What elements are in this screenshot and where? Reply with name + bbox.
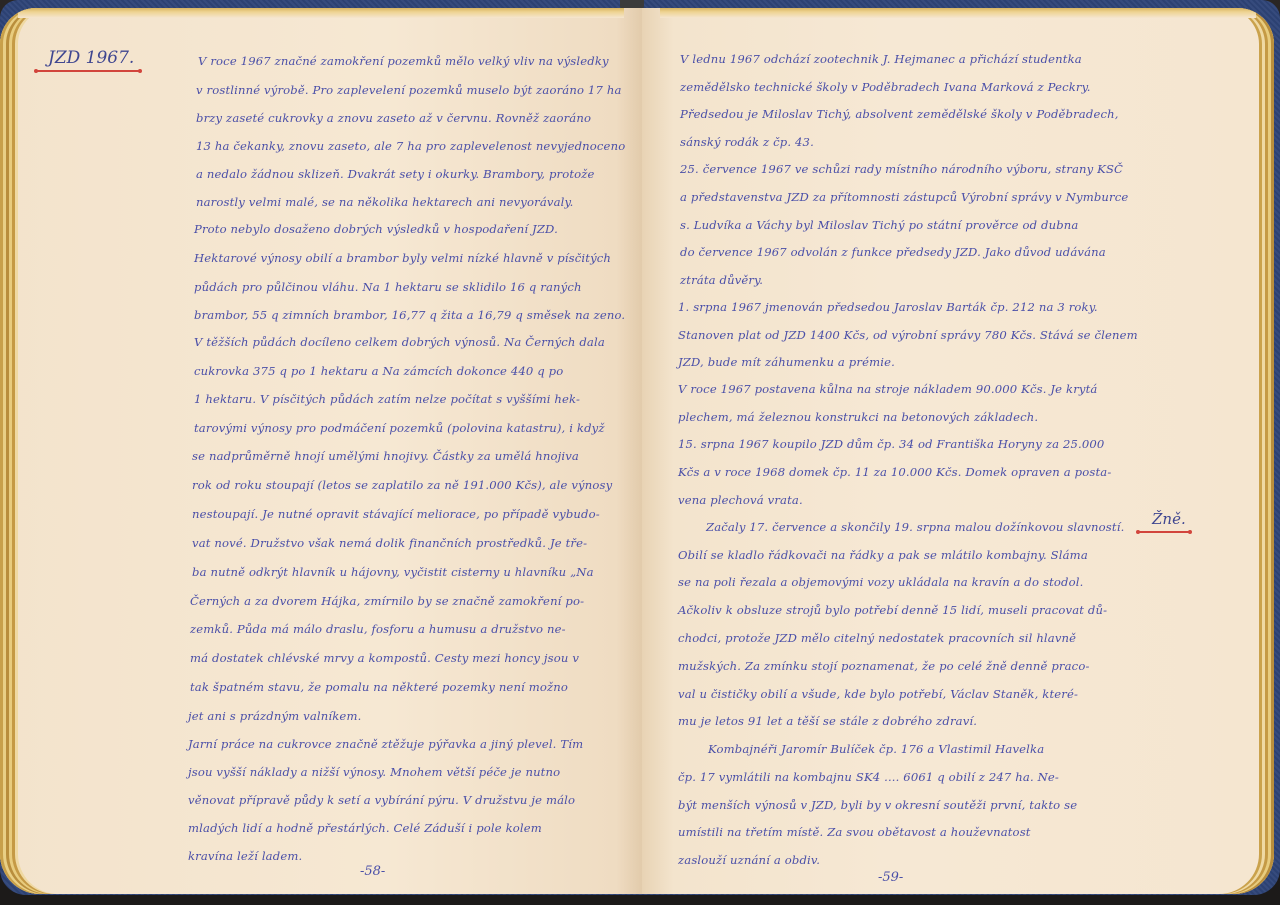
text-line: V těžších půdách docíleno celkem dobrých… [194,335,605,349]
text-line: 1 hektaru. V písčitých půdách zatím nelz… [194,392,580,406]
text-line: val u čističky obilí a všude, kde bylo p… [678,687,1078,701]
text-line: 15. srpna 1967 koupilo JZD dům čp. 34 od… [678,437,1104,451]
text-line: tak špatném stavu, že pomalu na některé … [190,680,568,694]
text-line: Stanoven plat od JZD 1400 Kčs, od výrobn… [678,328,1138,342]
text-line: jsou vyšší náklady a nižší výnosy. Mnohe… [188,765,560,779]
margin-heading-zne: Žně. [1152,510,1186,528]
text-line: zemků. Půda má málo draslu, fosforu a hu… [190,622,566,636]
text-line: s. Ludvíka a Váchy byl Miloslav Tichý po… [680,218,1078,232]
text-line: mužských. Za zmínku stojí poznamenat, že… [678,659,1090,673]
text-line: Jarní práce na cukrovce značně ztěžuje p… [188,737,583,751]
text-line: ztráta důvěry. [680,273,763,287]
margin-heading-underline [36,70,140,72]
text-line: Černých a za dvorem Hájka, zmírnilo by s… [190,594,584,608]
text-line: umístili na třetím místě. Za svou obětav… [678,825,1031,839]
text-line: JZD, bude mít záhumenku a prémie. [678,355,895,369]
text-line: V lednu 1967 odchází zootechnik J. Hejma… [680,52,1082,66]
text-line: 1. srpna 1967 jmenován předsedou Jarosla… [678,300,1098,314]
text-line: V roce 1967 značné zamokření pozemků měl… [198,54,609,68]
text-line: a nedalo žádnou sklizeň. Dvakrát sety i … [196,167,595,181]
text-line: nestoupají. Je nutné opravit stávající m… [192,507,600,521]
text-line: cukrovka 375 q po 1 hektaru a Na zámcích… [194,364,563,378]
text-line: půdách pro půlčinou vláhu. Na 1 hektaru … [194,280,582,294]
text-line: věnovat přípravě půdy k setí a vybírání … [188,793,575,807]
text-line: má dostatek chlévské mrvy a kompostů. Ce… [190,651,579,665]
text-line: se na poli řezala a objemovými vozy uklá… [678,575,1083,589]
margin-heading-underline [1138,531,1190,533]
text-line: chodci, protože JZD mělo citelný nedosta… [678,631,1076,645]
page-number-58: -58- [360,864,385,879]
text-line: plechem, má železnou konstrukci na beton… [678,410,1038,424]
text-line: kravína leží ladem. [188,849,302,863]
left-page: JZD 1967. V roce 1967 značné zamokření p… [0,8,642,894]
text-line: Kombajnéři Jaromír Bulíček čp. 176 a Vla… [708,742,1044,756]
right-page: V lednu 1967 odchází zootechnik J. Hejma… [642,8,1274,894]
text-line: brzy zaseté cukrovky a znovu zaseto až v… [196,111,591,125]
text-line: zaslouží uznání a obdiv. [678,853,820,867]
text-line: Předsedou je Miloslav Tichý, absolvent z… [680,107,1119,121]
text-line: rok od roku stoupají (letos se zaplatilo… [192,478,612,492]
page-number-59: -59- [878,870,903,885]
text-line: se nadprůměrně hnojí umělými hnojivy. Čá… [192,449,579,463]
text-line: narostly velmi malé, se na několika hekt… [196,195,574,209]
text-line: Proto nebylo dosaženo dobrých výsledků v… [194,222,558,236]
text-line: Hektarové výnosy obilí a brambor byly ve… [194,251,611,265]
text-line: čp. 17 vymlátili na kombajnu SK4 .... 60… [678,770,1059,784]
text-line: jet ani s prázdným valníkem. [188,709,361,723]
text-line: 25. července 1967 ve schůzi rady místníh… [680,162,1123,176]
text-line: zemědělsko technické školy v Poděbradech… [680,80,1091,94]
text-line: vat nové. Družstvo však nemá dolik finan… [192,536,587,550]
text-line: mu je letos 91 let a těší se stále z dob… [678,714,977,728]
text-line: a představenstva JZD za přítomnosti zást… [680,190,1128,204]
text-line: Ačkoliv k obsluze strojů bylo potřebí de… [678,603,1107,617]
text-line: V roce 1967 postavena kůlna na stroje ná… [678,382,1097,396]
text-line: v rostlinné výrobě. Pro zaplevelení poze… [196,83,622,97]
text-line: brambor, 55 q zimních brambor, 16,77 q ž… [194,308,625,322]
margin-heading-jzd-1967: JZD 1967. [48,48,134,68]
text-line: Obilí se kladlo řádkovači na řádky a pak… [678,548,1088,562]
text-line: vena plechová vrata. [678,493,803,507]
text-line: Kčs a v roce 1968 domek čp. 11 za 10.000… [678,465,1111,479]
text-line: mladých lidí a hodně přestárlých. Celé Z… [188,821,542,835]
text-line: být menších výnosů v JZD, byli by v okre… [678,798,1077,812]
text-line: sánský rodák z čp. 43. [680,135,814,149]
text-line: Začaly 17. července a skončily 19. srpna… [706,520,1124,534]
text-line: do července 1967 odvolán z funkce předse… [680,245,1106,259]
text-line: ba nutně odkrýt hlavník u hájovny, vyčis… [192,565,594,579]
text-line: 13 ha čekanky, znovu zaseto, ale 7 ha pr… [196,139,625,153]
text-line: tarovými výnosy pro podmáčení pozemků (p… [194,421,605,435]
